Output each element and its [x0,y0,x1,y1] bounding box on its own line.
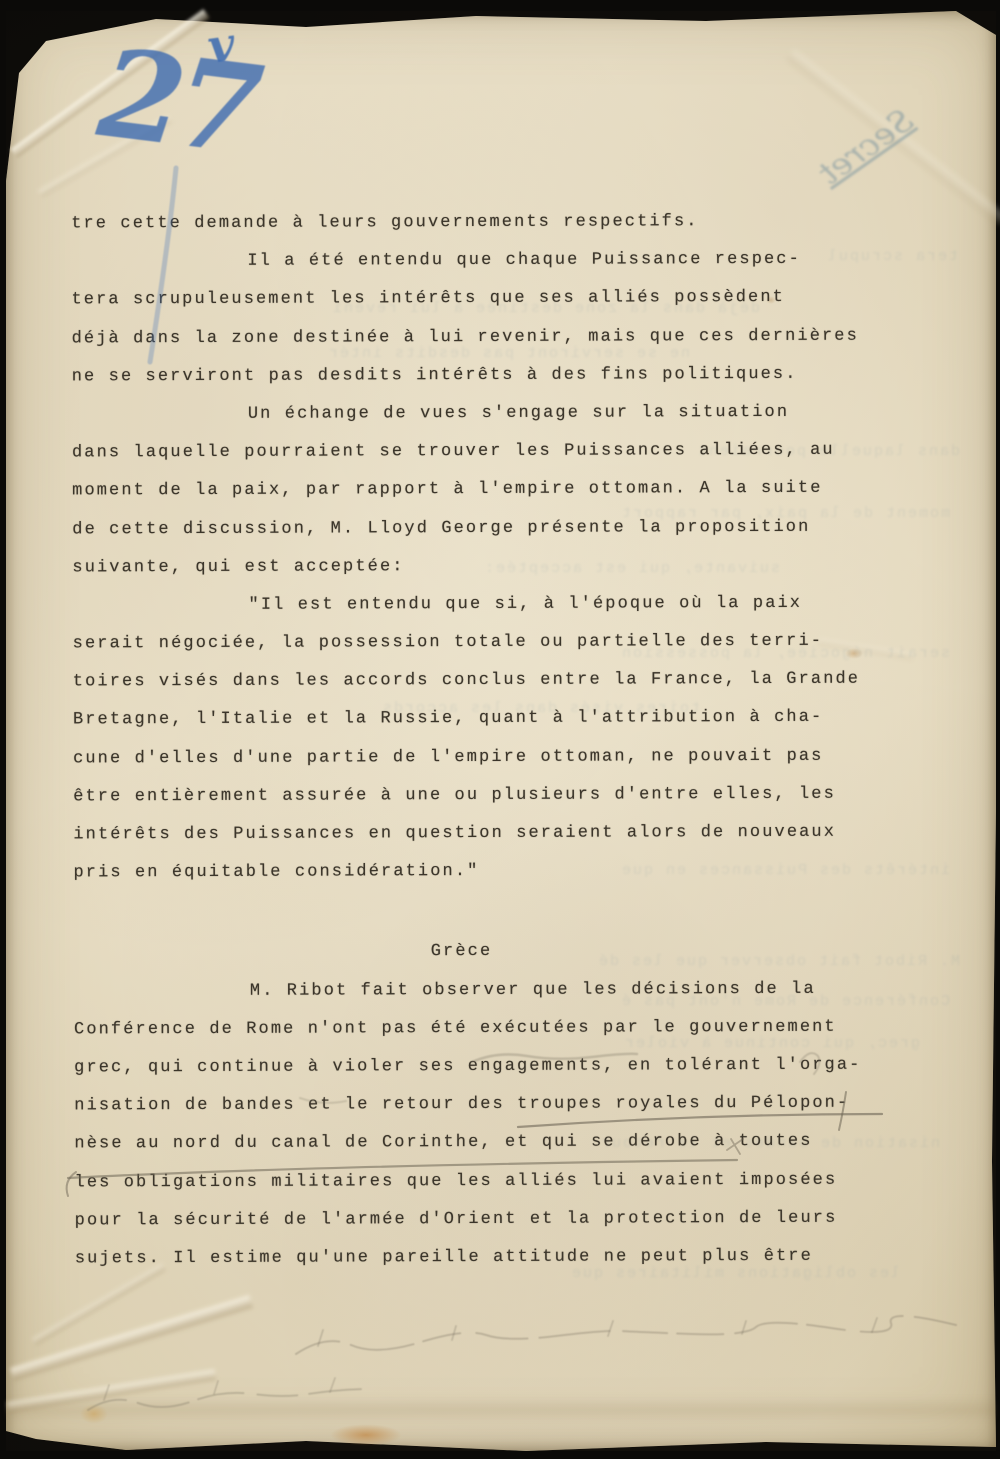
typed-line: nèse au nord du canal de Corinthe, et qu… [74,1123,889,1164]
typed-line: moment de la paix, par rapport à l'empir… [72,470,887,511]
typed-line: "Il est entendu que si, à l'époque où la… [72,584,887,625]
typed-line: Il a été entendu que chaque Puissance re… [71,241,886,282]
document-photo: tera scrupuleusement les intérêts que se… [0,0,1000,1459]
typed-line: déjà dans la zone destinée à lui revenir… [72,317,887,358]
typed-line: tera scrupuleusement les intérêts que se… [71,279,886,320]
typed-line: de cette discussion, M. Lloyd George pré… [72,508,887,549]
typed-line: ne se serviront pas desdits intérêts à d… [72,355,887,396]
typed-line: M. Ribot fait observer que les décisions… [74,970,889,1011]
typed-line: tre cette demande à leurs gouvernements … [71,203,886,244]
section-heading: Grèce [74,932,889,973]
typed-line: serait négociée, la possession totale ou… [73,623,888,664]
typed-line: Un échange de vues s'engage sur la situa… [72,394,887,435]
typed-line: pour la sécurité de l'armée d'Orient et … [75,1199,890,1240]
typed-line: les obligations militaires que les allié… [74,1161,889,1202]
typed-line: Bretagne, l'Italie et la Russie, quant à… [73,699,888,740]
typed-line: grec, qui continue à violer ses engageme… [74,1047,889,1088]
typed-line: suivante, qui est acceptée: [72,546,887,587]
typed-text-block: tre cette demande à leurs gouvernements … [71,203,890,1279]
typed-line: Conférence de Rome n'ont pas été exécuté… [74,1008,889,1049]
typed-line: nisation de bandes et le retour des trou… [74,1085,889,1126]
typed-line: dans laquelle pourraient se trouver les … [72,432,887,473]
typed-line: sujets. Il estime qu'une pareille attitu… [75,1237,890,1278]
typed-line: être entièrement assurée à une ou plusie… [73,775,888,816]
typed-line: pris en équitable considération." [73,852,888,893]
typed-line: toires visés dans les accords conclus en… [73,661,888,702]
typed-line: cune d'elles d'une partie de l'empire ot… [73,737,888,778]
typed-line: intérêts des Puissances en question sera… [73,814,888,855]
